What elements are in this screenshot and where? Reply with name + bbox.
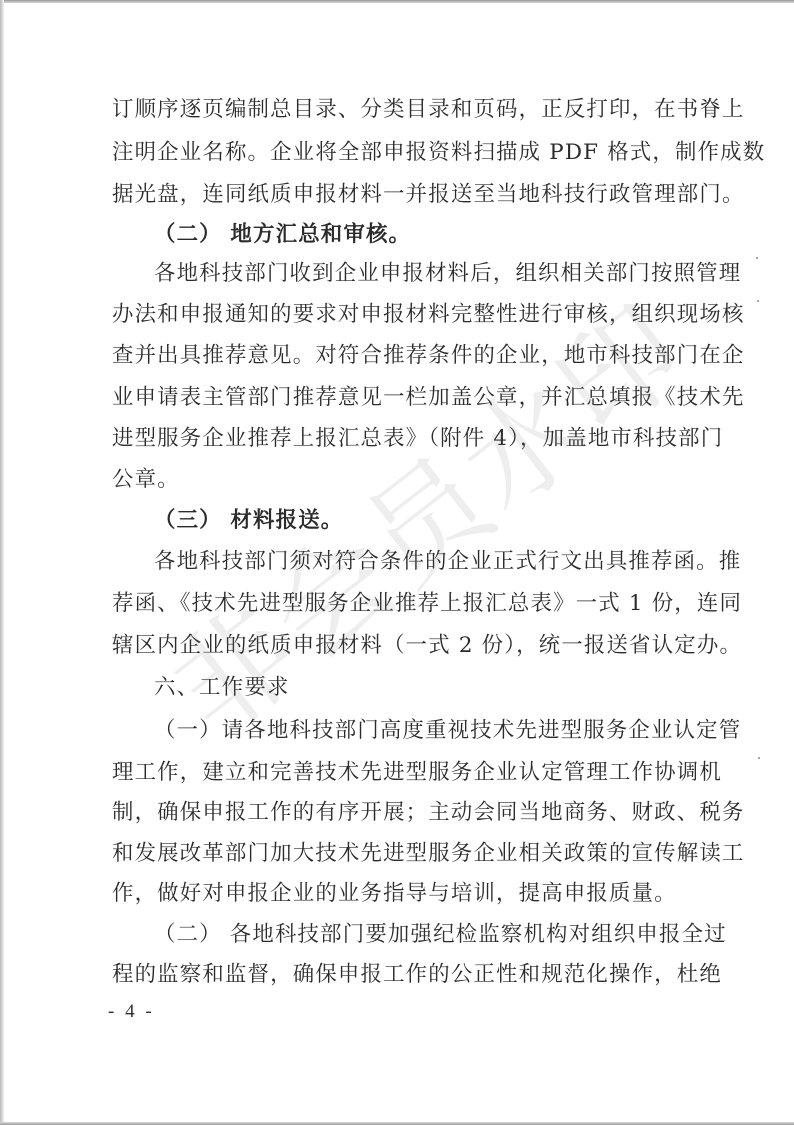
body-text-line: 业申请表主管部门推荐意见一栏加盖公章，并汇总填报《技术先	[112, 383, 716, 413]
paragraph-first-line: （二） 各地科技部门要加强纪检监察机构对组织申报全过	[154, 920, 716, 950]
body-text-line: 办法和申报通知的要求对申报材料完整性进行审核，组织现场核	[112, 300, 716, 330]
section-heading: 六、工作要求	[154, 673, 454, 703]
body-text-line: 理工作，建立和完善技术先进型服务企业认定管理工作协调机	[112, 758, 716, 788]
scan-speck	[756, 257, 758, 259]
paragraph-last-line: 作，做好对申报企业的业务指导与培训，提高申报质量。	[112, 879, 716, 909]
body-text-line: 进型服务企业推荐上报汇总表》（附件 4），加盖地市科技部门	[112, 424, 716, 454]
scan-edge-top	[0, 0, 794, 3]
scan-edge-left	[0, 0, 4, 1125]
body-text-line: 和发展改革部门加大技术先进型服务企业相关政策的宣传解读工	[112, 839, 716, 869]
paragraph-last-line: 公章。	[112, 465, 716, 495]
scan-speck	[758, 757, 760, 759]
subsection-heading: （二） 地方汇总和审核。	[154, 220, 554, 250]
body-text-line: 制，确保申报工作的有序开展；主动会同当地商务、财政、税务	[112, 798, 716, 828]
body-text-line: 查并出具推荐意见。对符合推荐条件的企业，地市科技部门在企	[112, 341, 716, 371]
document-page: 订顺序逐页编制总目录、分类目录和页码，正反打印，在书脊上注明企业名称。企业将全部…	[0, 0, 794, 1125]
paragraph-last-line: 据光盘，连同纸质申报材料一并报送至当地科技行政管理部门。	[112, 180, 716, 210]
scan-speck	[757, 300, 759, 302]
page-number: - 4 -	[108, 1000, 155, 1024]
body-text-line: 注明企业名称。企业将全部申报资料扫描成 PDF 格式，制作成数	[112, 138, 716, 168]
subsection-heading: （三） 材料报送。	[154, 506, 554, 536]
paragraph-first-line: 各地科技部门须对符合条件的企业正式行文出具推荐函。推	[154, 547, 716, 577]
paragraph-first-line: 各地科技部门收到企业申报材料后，组织相关部门按照管理	[154, 259, 716, 289]
paragraph-first-line: （一）请各地科技部门高度重视技术先进型服务企业认定管	[154, 716, 716, 746]
body-text-line: 荐函、《技术先进型服务企业推荐上报汇总表》一式 1 份，连同	[112, 589, 716, 619]
paragraph-last-line: 辖区内企业的纸质申报材料（一式 2 份），统一报送省认定办。	[112, 631, 716, 661]
body-text-line: 程的监察和监督，确保申报工作的公正性和规范化操作，杜绝	[112, 960, 716, 990]
body-text-line: 订顺序逐页编制总目录、分类目录和页码，正反打印，在书脊上	[112, 95, 716, 125]
